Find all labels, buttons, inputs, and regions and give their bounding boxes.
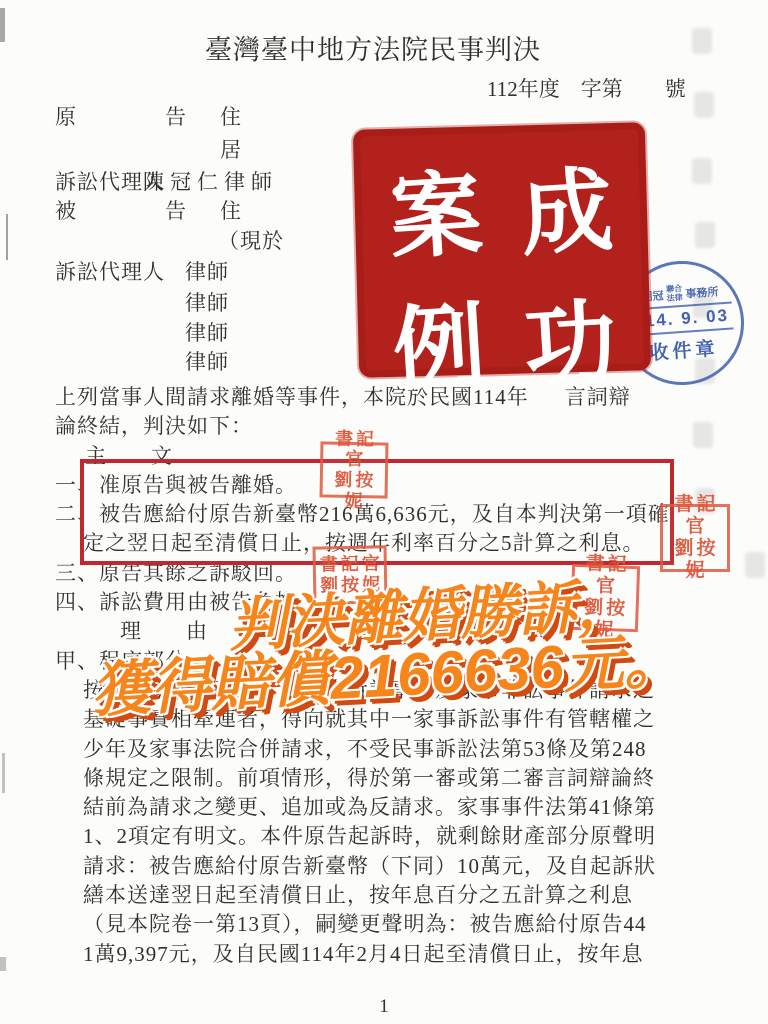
party-value: 律師 xyxy=(185,317,229,347)
party-value: 住 xyxy=(220,195,242,225)
body-line: 1、2項定有明文。本件原告起訴時，就剩餘財產部分原聲明 xyxy=(83,820,656,850)
clerk-seal: 書記官 劉按妮 xyxy=(320,441,389,498)
firm-name-right: 事務所 xyxy=(685,283,719,301)
clerk-name: 劉按妮 xyxy=(663,538,727,582)
body-line: 條規定之限制。前項情形，得於第一審或第二審言詞辯論終 xyxy=(83,762,655,792)
clerk-name: 劉按妮 xyxy=(322,469,385,511)
party-row: 原 告 住 xyxy=(0,101,768,127)
page-number: 1 xyxy=(0,996,768,1018)
scan-artifact xyxy=(0,8,5,42)
seal-char: 成 xyxy=(497,135,636,275)
party-value: 律師 xyxy=(185,287,229,317)
attorney-name: 陳冠仁律師 xyxy=(143,166,278,196)
firm-name-mid-bottom: 法律 xyxy=(666,293,683,302)
party-label: 訴訟代理人 xyxy=(55,256,165,286)
seal-char: 案 xyxy=(366,139,505,279)
body-line: （見本院卷一第13頁），嗣變更聲明為：被告應給付原告44 xyxy=(83,908,647,938)
body-line: 繕本送達翌日起至清償日止，按年息百分之五計算之利息 xyxy=(83,879,633,909)
court-title: 臺灣臺中地方法院民事判決 xyxy=(205,28,541,67)
bleed-mark xyxy=(693,422,713,448)
firm-name-middle: 聯合 法律 xyxy=(666,285,683,303)
seal-char: 例 xyxy=(369,271,508,411)
scan-artifact xyxy=(2,753,5,793)
seal-char: 功 xyxy=(500,267,639,407)
bleed-mark xyxy=(692,28,712,54)
party-label: 被 告 xyxy=(55,195,187,225)
scan-artifact xyxy=(0,957,6,971)
clerk-seal: 書記官 劉按妮 xyxy=(660,504,730,572)
body-line: 少年及家事法院合併請求，不受民事訴訟法第53條及第248 xyxy=(83,733,647,763)
party-value: 住 xyxy=(220,101,242,131)
party-value: （現於 xyxy=(218,225,284,255)
case-number: 112年度 字第 號 xyxy=(487,73,686,103)
clerk-title: 書記官 xyxy=(323,428,386,470)
bleed-mark xyxy=(745,552,765,578)
party-value: 律師 xyxy=(185,346,229,376)
party-label: 原 告 xyxy=(55,101,187,131)
body-line: 結前為請求之變更、追加或為反請求。家事事件法第41條第 xyxy=(83,791,656,821)
success-case-seal: 案 成 例 功 xyxy=(353,122,651,378)
clerk-title: 書記官 xyxy=(663,494,727,538)
judgment-document-page: 臺灣臺中地方法院民事判決 112年度 字第 號 原 告 住 居 訴訟代理人 陳冠… xyxy=(0,0,768,1024)
party-value: 律師 xyxy=(185,256,229,286)
party-value: 居 xyxy=(220,134,242,164)
body-line: 1萬9,397元，及自民國114年2月4日起至清償日止，按年息 xyxy=(83,938,643,968)
body-line: 論終結，判決如下： xyxy=(55,410,253,440)
body-line: 請求：被告應給付原告新臺幣（下同）10萬元，及自起訴狀 xyxy=(83,850,656,880)
